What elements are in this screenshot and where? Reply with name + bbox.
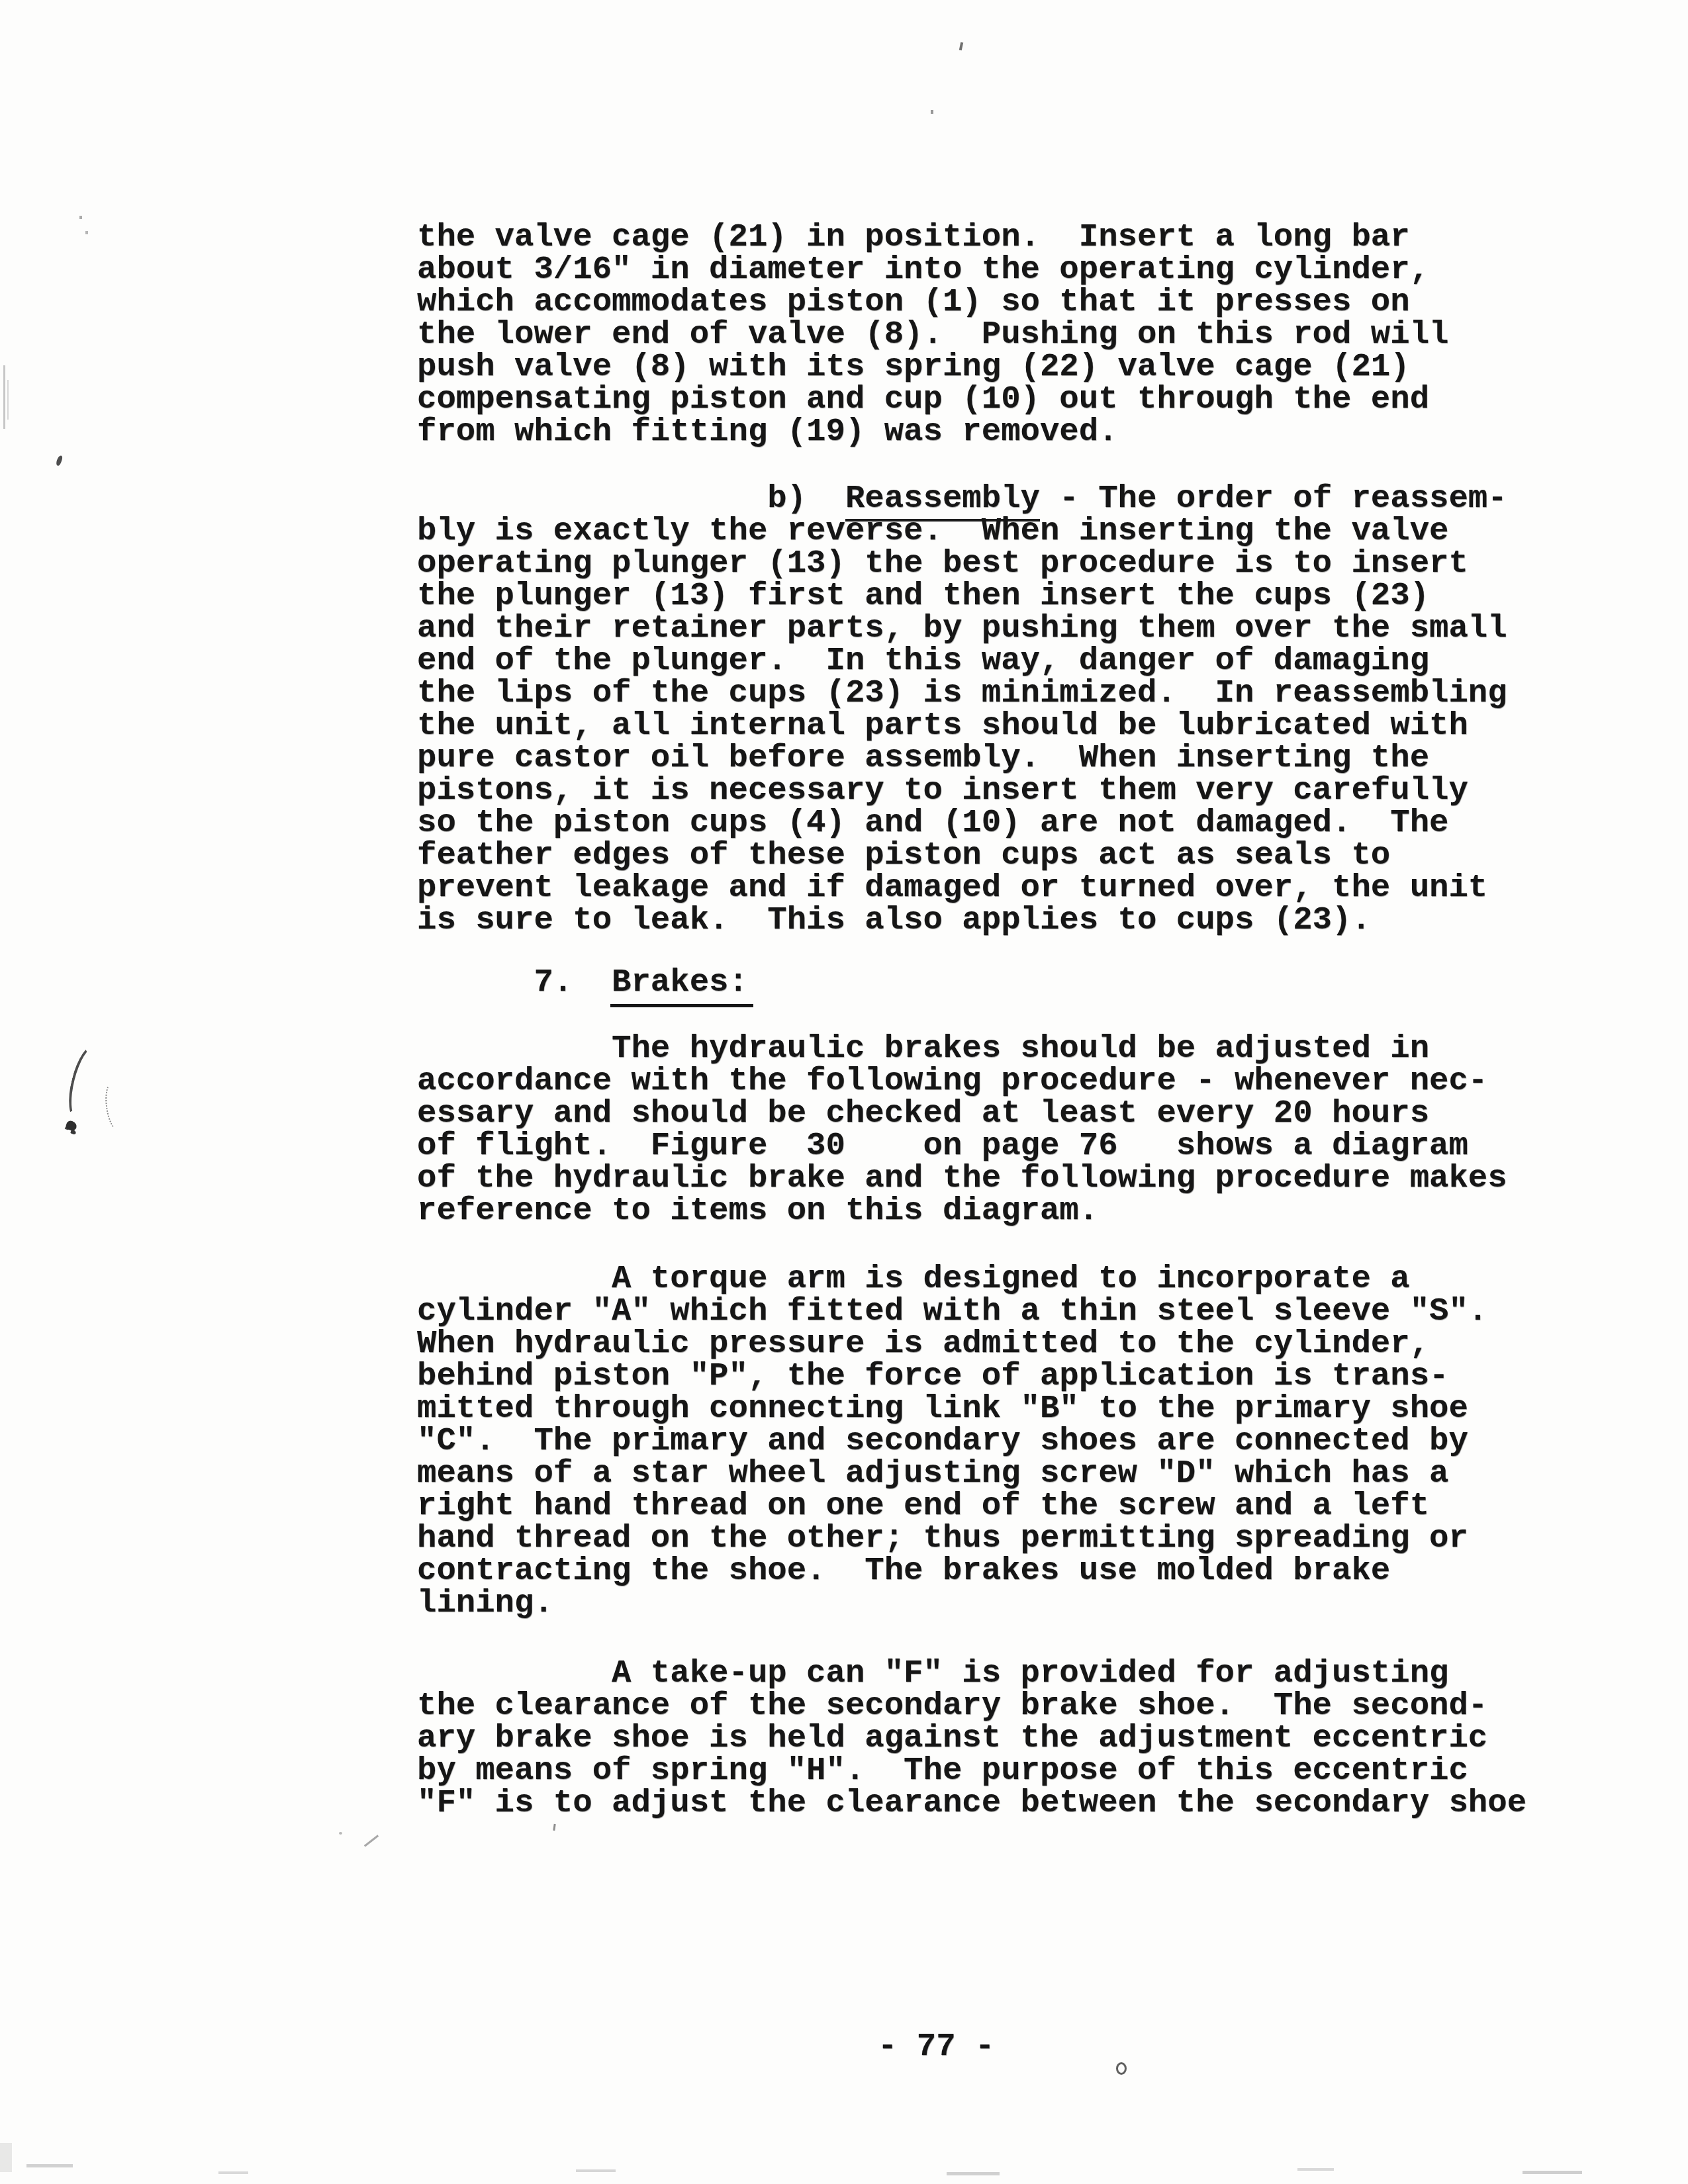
section-number-label: 7. (417, 964, 612, 1001)
section-heading-brakes: 7. Brakes: (417, 966, 753, 999)
scan-edge-line (3, 365, 5, 429)
page-number: - 77 - (878, 2030, 994, 2063)
stray-tick-mark (553, 1824, 555, 1831)
scanned-manual-page: the valve cage (21) in position. Insert … (0, 0, 1688, 2184)
scan-edge-line-2 (7, 380, 9, 420)
paragraph-torque-arm: A torque arm is designed to incorporate … (417, 1263, 1487, 1619)
scan-speck-top (959, 42, 963, 51)
reassembly-heading-line: b) Reassembly - The order of reassem- (417, 482, 1507, 515)
paragraph-valve-removal: the valve cage (21) in position. Insert … (417, 221, 1448, 448)
paragraph-reassembly-body: bly is exactly the reverse. When inserti… (417, 515, 1507, 936)
reassembly-heading-rest: - The order of reassem- (1040, 480, 1507, 517)
pencil-slash (364, 1835, 379, 1846)
scan-comma-mark (56, 455, 64, 466)
scan-speck-top-2 (931, 110, 933, 114)
scan-bottom-dash (1523, 2171, 1582, 2174)
scan-bottom-dash (218, 2171, 248, 2174)
scan-bottom-dash (947, 2172, 1000, 2175)
reassembly-indent-label: b) (417, 480, 845, 517)
ink-smudge (65, 1120, 78, 1132)
scan-dots-left-margin (79, 216, 82, 219)
section-title-underlined: Brakes: (610, 964, 753, 1007)
scan-corner-smudge (0, 2143, 12, 2172)
pen-paren-mark (63, 1042, 109, 1124)
paragraph-hydraulic-brakes: The hydraulic brakes should be adjusted … (417, 1032, 1507, 1227)
pen-dotted-arc (103, 1080, 129, 1132)
paragraph-take-up-can: A take-up can "F" is provided for adjust… (417, 1657, 1526, 1819)
stray-ring-mark (1116, 2062, 1127, 2075)
scan-bottom-dash (1297, 2168, 1334, 2171)
scan-bottom-dash (26, 2164, 73, 2167)
pencil-dot (339, 1832, 342, 1835)
scan-bottom-dash (576, 2169, 616, 2172)
